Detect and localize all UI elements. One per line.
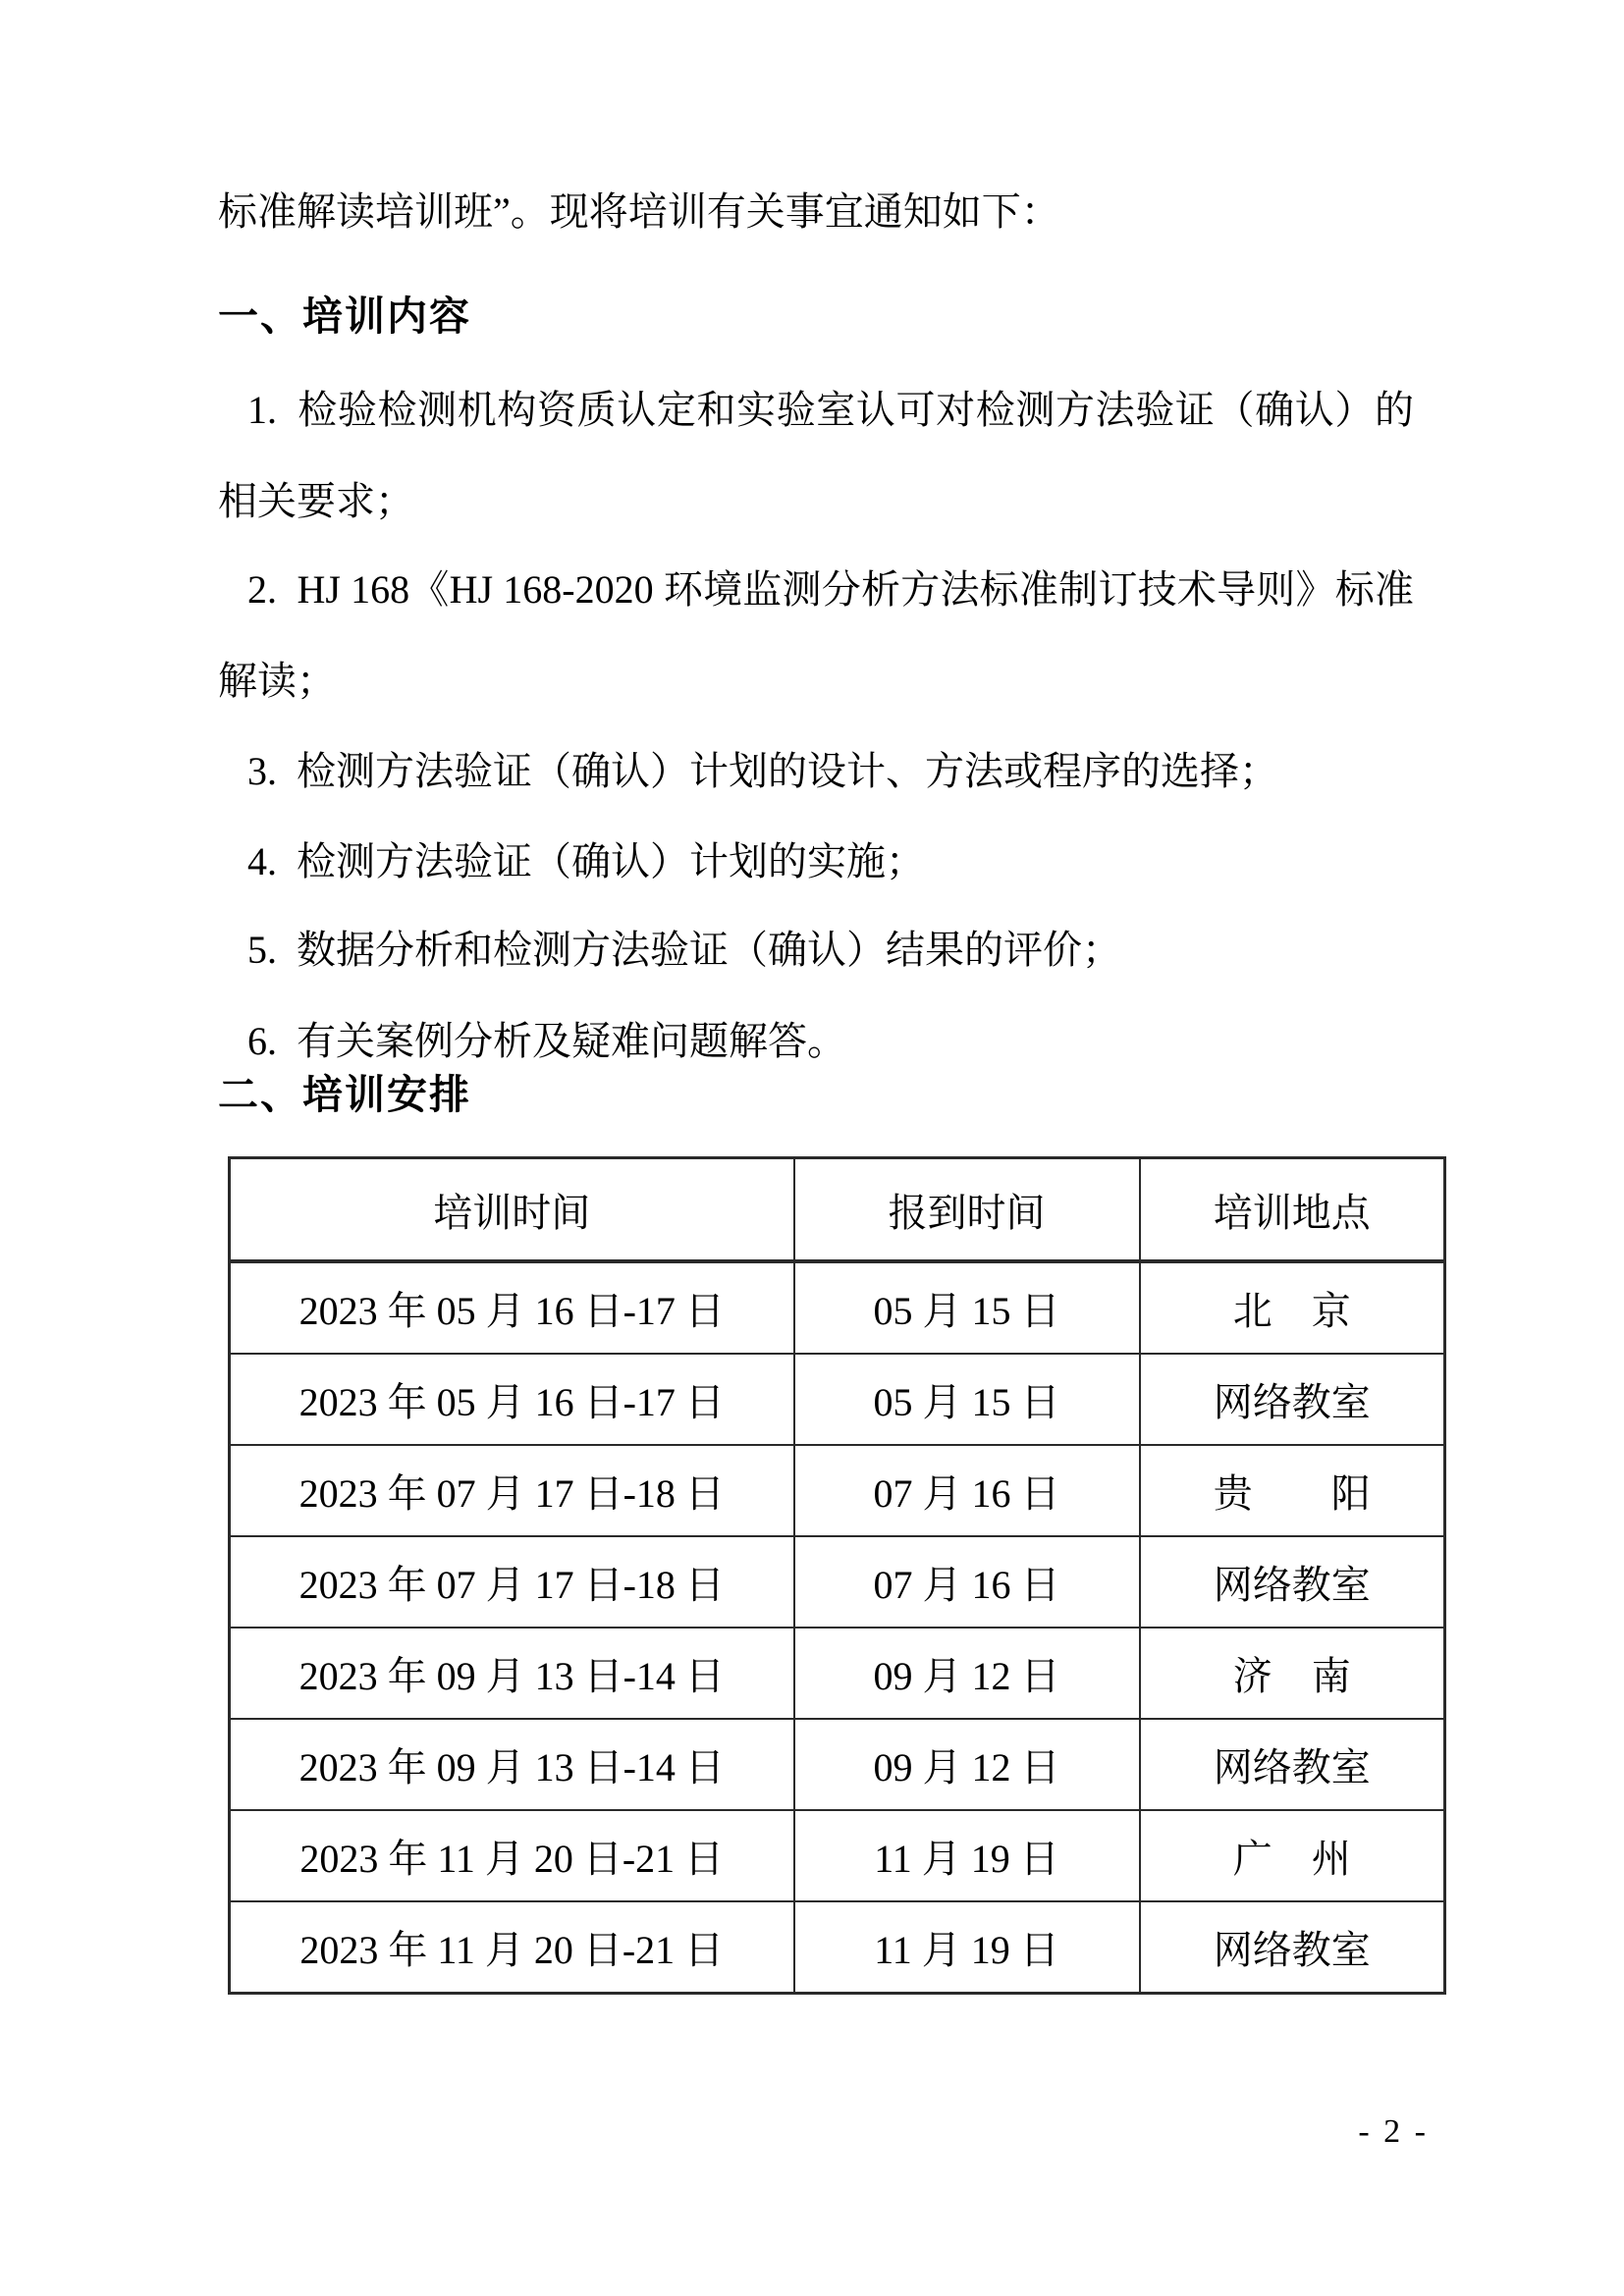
table-row: 2023 年 09 月 13 日-14 日09 月 12 日济 南 [230, 1628, 1445, 1719]
table-cell: 07 月 16 日 [794, 1536, 1140, 1628]
table-cell: 网络教室 [1140, 1901, 1445, 1994]
section-heading-training-schedule: 二、培训安排 [218, 1049, 1414, 1141]
table-cell: 2023 年 09 月 13 日-14 日 [230, 1628, 794, 1719]
table-row: 2023 年 11 月 20 日-21 日11 月 19 日广 州 [230, 1810, 1445, 1901]
table-header-location: 培训地点 [1140, 1158, 1445, 1262]
table-cell: 05 月 15 日 [794, 1261, 1140, 1354]
list-item-5: 5. 数据分析和检测方法验证（确认）结果的评价； [218, 904, 1414, 995]
table-cell: 2023 年 07 月 17 日-18 日 [230, 1536, 794, 1628]
table-row: 2023 年 05 月 16 日-17 日05 月 15 日北 京 [230, 1261, 1445, 1354]
table-cell: 2023 年 09 月 13 日-14 日 [230, 1719, 794, 1810]
table-header-checkin-time: 报到时间 [794, 1158, 1140, 1262]
page-number: - 2 - [1358, 2112, 1429, 2152]
table-cell: 网络教室 [1140, 1719, 1445, 1810]
document-page: 标准解读培训班”。现将培训有关事宜通知如下： 一、培训内容 1. 检验检测机构资… [0, 0, 1624, 2296]
table-cell: 09 月 12 日 [794, 1628, 1140, 1719]
paragraph-continuation: 标准解读培训班”。现将培训有关事宜通知如下： [218, 166, 1414, 257]
table-header-training-time: 培训时间 [230, 1158, 794, 1262]
table-row: 2023 年 07 月 17 日-18 日07 月 16 日网络教室 [230, 1536, 1445, 1628]
table-cell: 贵 阳 [1140, 1445, 1445, 1536]
table-cell: 2023 年 05 月 16 日-17 日 [230, 1261, 794, 1354]
list-item-2: 2. HJ 168《HJ 168-2020 环境监测分析方法标准制订技术导则》标… [218, 544, 1414, 726]
list-item-1: 1. 检验检测机构资质认定和实验室认可对检测方法验证（确认）的相关要求； [218, 364, 1414, 547]
table-cell: 2023 年 11 月 20 日-21 日 [230, 1901, 794, 1994]
list-item-4: 4. 检测方法验证（确认）计划的实施； [218, 816, 1414, 907]
table-row: 2023 年 05 月 16 日-17 日05 月 15 日网络教室 [230, 1354, 1445, 1445]
table-row: 2023 年 07 月 17 日-18 日07 月 16 日贵 阳 [230, 1445, 1445, 1536]
section-heading-training-content: 一、培训内容 [218, 271, 1414, 362]
table-cell: 11 月 19 日 [794, 1901, 1140, 1994]
table-cell: 05 月 15 日 [794, 1354, 1140, 1445]
table-cell: 网络教室 [1140, 1536, 1445, 1628]
table-cell: 广 州 [1140, 1810, 1445, 1901]
table-cell: 网络教室 [1140, 1354, 1445, 1445]
table-cell: 济 南 [1140, 1628, 1445, 1719]
table-body: 2023 年 05 月 16 日-17 日05 月 15 日北 京2023 年 … [230, 1261, 1445, 1994]
list-item-3: 3. 检测方法验证（确认）计划的设计、方法或程序的选择； [218, 725, 1414, 817]
table-cell: 2023 年 07 月 17 日-18 日 [230, 1445, 794, 1536]
table-cell: 2023 年 05 月 16 日-17 日 [230, 1354, 794, 1445]
table-cell: 07 月 16 日 [794, 1445, 1140, 1536]
table-cell: 09 月 12 日 [794, 1719, 1140, 1810]
table-cell: 2023 年 11 月 20 日-21 日 [230, 1810, 794, 1901]
table-cell: 北 京 [1140, 1261, 1445, 1354]
training-schedule-table: 培训时间 报到时间 培训地点 2023 年 05 月 16 日-17 日05 月… [228, 1156, 1446, 1995]
table-header-row: 培训时间 报到时间 培训地点 [230, 1158, 1445, 1262]
table-cell: 11 月 19 日 [794, 1810, 1140, 1901]
table-row: 2023 年 09 月 13 日-14 日09 月 12 日网络教室 [230, 1719, 1445, 1810]
table-row: 2023 年 11 月 20 日-21 日11 月 19 日网络教室 [230, 1901, 1445, 1994]
